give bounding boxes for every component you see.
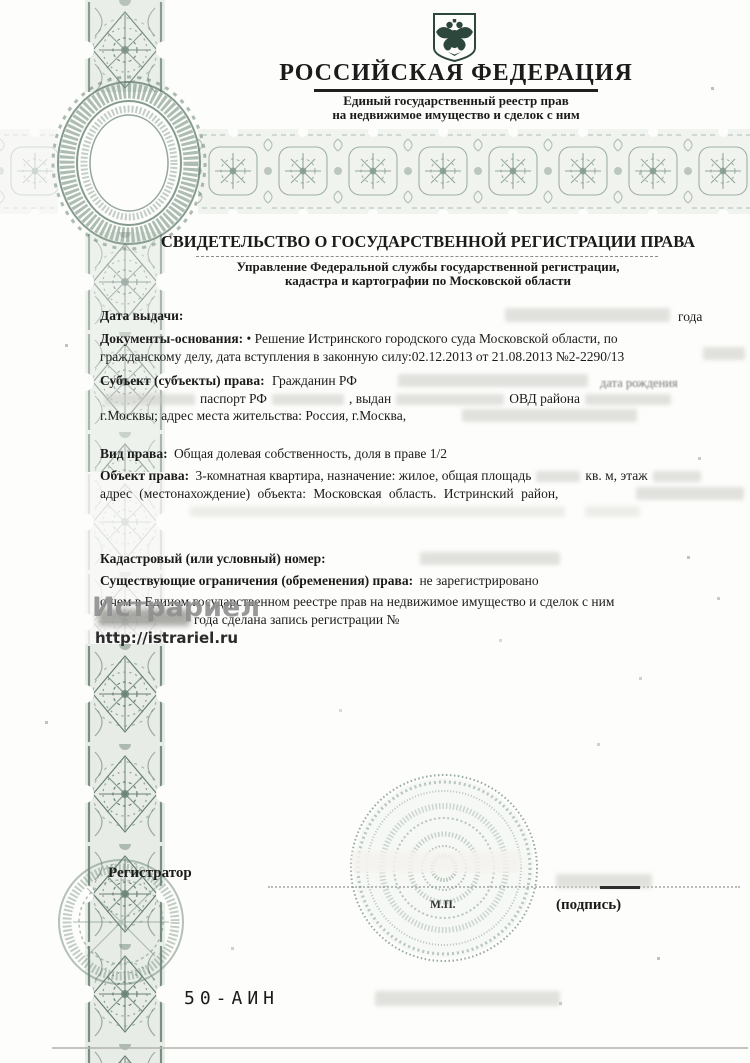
guilloche-rosette [48,74,210,252]
header-country: РОССИЙСКАЯ ФЕДЕРАЦИЯ [206,60,706,87]
right-type-value: Общая долевая собственность, доля в прав… [174,446,447,461]
redaction-issue-date [505,308,670,322]
guilloche-left-strip-lower [85,644,165,1063]
redaction-subject-line2-c [396,394,504,405]
subtitle-line-2: кадастра и картографии по Московской обл… [150,274,706,288]
redaction-subject-address [462,409,637,422]
object-value-2: кв. м, этаж [585,468,647,483]
redaction-series [375,991,560,1006]
redaction-object-address-3 [585,506,640,517]
watermark-url: http://istrariel.ru [95,629,238,647]
title-rule [196,256,658,257]
redaction-subject-line2-a [105,394,195,405]
subject-label: Субъект (субъекты) права: [100,373,265,388]
redaction-seal-left [352,851,520,873]
series-number: 50-АИН [184,988,279,1009]
redaction-object-address-2 [190,506,565,517]
redaction-object-area [536,471,580,482]
subject-value: Гражданин РФ [272,373,357,388]
certificate-title: СВИДЕТЕЛЬСТВО О ГОСУДАРСТВЕННОЙ РЕГИСТРА… [150,232,706,252]
basis-value-1: • Решение Истринского городского суда Мо… [247,331,618,346]
object-label: Объект права: [100,468,189,483]
cadastral-label: Кадастровый (или условный) номер: [100,551,326,566]
page-bottom-edge [52,1047,748,1049]
subject-ovd: ОВД района [509,391,580,406]
watermark-name: Истрариел [92,592,260,623]
issue-date-label: Дата выдачи: [100,308,183,323]
subtitle-line-1: Управление Федеральной службы государств… [150,260,706,274]
header-rule [314,89,598,92]
redaction-subject-line2-d [585,394,671,405]
redaction-basis [703,347,745,360]
signature-stroke [600,886,640,889]
registry-line-1: Единый государственный реестр прав [206,94,706,107]
object-value-1: 3-комнатная квартира, назначение: жилое,… [196,468,532,483]
redaction-object-floor [653,471,701,482]
seal-mark-label: М.П. [430,899,456,911]
subject-passport: паспорт РФ [200,391,267,406]
registrar-label: Регистратор [108,865,192,882]
redaction-subject-line2-b [272,394,344,405]
scan-specks [0,0,1,1]
subject-issued: , выдан [349,391,391,406]
subject-address: г.Москвы; адрес места жительства: Россия… [100,407,406,424]
registry-line-2: на недвижимое имущество и сделок с ним [206,108,706,121]
encumbrance-label: Существующие ограничения (обременения) п… [100,573,413,588]
redaction-cadastral [420,552,560,565]
signature-caption: (подпись) [556,897,621,914]
redaction-object-address [636,487,744,500]
guilloche-top-band [198,129,750,214]
right-type-label: Вид права: [100,446,168,461]
redaction-subject-name [398,374,588,387]
coat-of-arms-icon [430,12,479,62]
basis-value-2: гражданскому делу, дата вступления в зак… [100,348,624,365]
document-page: РОССИЙСКАЯ ФЕДЕРАЦИЯ Единый государствен… [0,0,750,1063]
issue-date-suffix: года [678,308,702,325]
encumbrance-value: не зарегистрировано [419,573,538,588]
basis-label: Документы-основания: [100,331,243,346]
object-address: адрес (местонахождение) объекта: Московс… [100,485,558,502]
